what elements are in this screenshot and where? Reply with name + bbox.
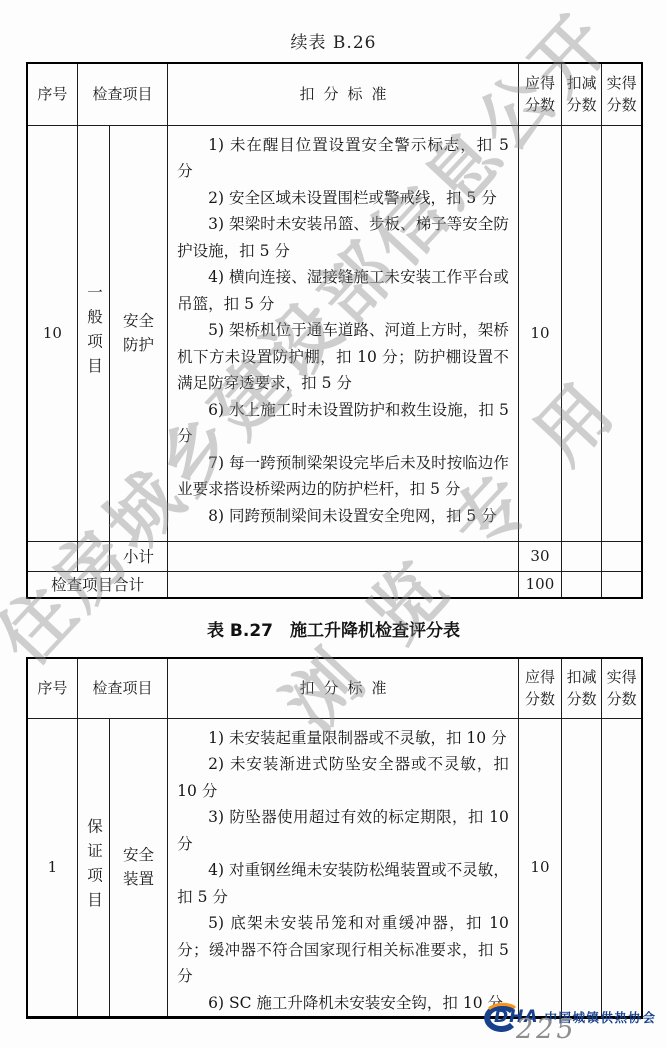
standards-list: 1) 未在醒目位置设置安全警示标志，扣 5 分2) 安全区域未设置围栏或警戒线，… [168,126,518,530]
header-no: 序号 [27,658,77,718]
standard-item: 2) 未安装渐进式防坠安全器或不灵敏，扣 10 分 [177,751,509,804]
subtotal-actual-score [602,541,642,571]
header-no: 序号 [27,63,77,125]
header-due-score: 应得 分数 [518,63,561,125]
page-number: 225 [516,1014,577,1045]
header-actual-score: 实得 分数 [602,658,642,718]
standard-item: 6) 水上施工时未设置防护和救生设施，扣 5 分 [177,397,509,450]
cell-actual-score [602,125,642,541]
table-b27-header-row: 序号 检查项目 扣分标准 应得 分数 扣减 分数 实得 分数 [27,658,642,718]
cell-deduct-score [562,718,602,1018]
standard-item: 5) 底架未安装吊笼和对重缓冲器，扣 10 分；缓冲器不符合国家现行相关标准要求… [177,910,509,990]
table-b27-row-1: 1 保证项目 安全装置 1) 未安装起重量限制器或不灵敏，扣 10 分2) 未安… [27,718,642,1018]
header-due-score: 应得 分数 [518,658,561,718]
header-standard: 扣分标准 [168,63,519,125]
table-b26-total-row: 检查项目合计 100 [27,571,642,598]
table-b26-header-row: 序号 检查项目 扣分标准 应得 分数 扣减 分数 实得 分数 [27,63,642,125]
category-vertical-text: 保证项目 [86,818,102,916]
cell-no: 1 [27,718,77,1018]
cell-empty [168,571,519,598]
header-actual-score: 实得 分数 [602,63,642,125]
total-deduct-score [562,571,602,598]
cell-empty [77,541,109,571]
header-standard: 扣分标准 [168,658,519,718]
cell-item: 安全装置 [109,718,167,1018]
cell-deduct-score [562,125,602,541]
document-page: 续表 B.26 序号 检查项目 扣分标准 应得 分数 扣减 分数 实得 分数 1 [0,0,667,1048]
standard-item: 3) 架梁时未安装吊篮、步板、梯子等安全防护设施，扣 5 分 [177,211,509,264]
table-b26-continued-title: 续表 B.26 [0,28,667,53]
cell-due-score: 10 [518,718,561,1018]
standard-item: 5) 架桥机位于通车道路、河道上方时，架桥机下方未设置防护棚，扣 10 分；防护… [177,317,509,397]
table-b27: 序号 检查项目 扣分标准 应得 分数 扣减 分数 实得 分数 1 保证项目 安全… [26,657,643,1019]
standard-item: 4) 对重钢丝绳未安装防松绳装置或不灵敏，扣 5 分 [177,857,509,910]
cell-item: 安全防护 [109,125,167,541]
header-deduct-score: 扣减 分数 [562,658,602,718]
header-item: 检查项目 [77,63,167,125]
cell-empty [27,541,77,571]
cell-category: 保证项目 [77,718,109,1018]
standard-item: 1) 未安装起重量限制器或不灵敏，扣 10 分 [177,725,509,752]
standard-item: 3) 防坠器使用超过有效的标定期限，扣 10 分 [177,804,509,857]
standard-item: 4) 横向连接、湿接缝施工未安装工作平台或吊篮，扣 5 分 [177,264,509,317]
standard-item: 1) 未在醒目位置设置安全警示标志，扣 5 分 [177,132,509,185]
cell-standards: 1) 未安装起重量限制器或不灵敏，扣 10 分2) 未安装渐进式防坠安全器或不灵… [168,718,519,1018]
standard-item: 6) SC 施工升降机未安装安全钩，扣 10 分 [177,990,509,1017]
cell-empty [168,541,519,571]
subtotal-deduct-score [562,541,602,571]
header-deduct-score: 扣减 分数 [562,63,602,125]
total-actual-score [602,571,642,598]
standards-list: 1) 未安装起重量限制器或不灵敏，扣 10 分2) 未安装渐进式防坠安全器或不灵… [168,719,518,1017]
table-b26: 序号 检查项目 扣分标准 应得 分数 扣减 分数 实得 分数 10 一般项目 安… [26,62,643,599]
category-vertical-text: 一般项目 [86,284,102,382]
cell-standards: 1) 未在醒目位置设置安全警示标志，扣 5 分2) 安全区域未设置围栏或警戒线，… [168,125,519,541]
standard-item: 8) 同跨预制梁间未设置安全兜网，扣 5 分 [177,503,509,530]
total-label: 检查项目合计 [27,571,168,598]
table-b26-subtotal-row: 小计 30 [27,541,642,571]
standard-item: 2) 安全区域未设置围栏或警戒线，扣 5 分 [177,185,509,212]
cell-no: 10 [27,125,77,541]
table-b26-row-10: 10 一般项目 安全防护 1) 未在醒目位置设置安全警示标志，扣 5 分2) 安… [27,125,642,541]
cell-category: 一般项目 [77,125,109,541]
cell-due-score: 10 [518,125,561,541]
total-due-score: 100 [518,571,561,598]
header-item: 检查项目 [77,658,167,718]
standard-item: 7) 每一跨预制梁架设完毕后未及时按临边作业要求搭设桥梁两边的防护栏杆，扣 5 … [177,450,509,503]
subtotal-due-score: 30 [518,541,561,571]
cell-actual-score [602,718,642,1018]
subtotal-label: 小计 [109,541,167,571]
table-b27-title: 表 B.27 施工升降机检查评分表 [0,616,667,641]
